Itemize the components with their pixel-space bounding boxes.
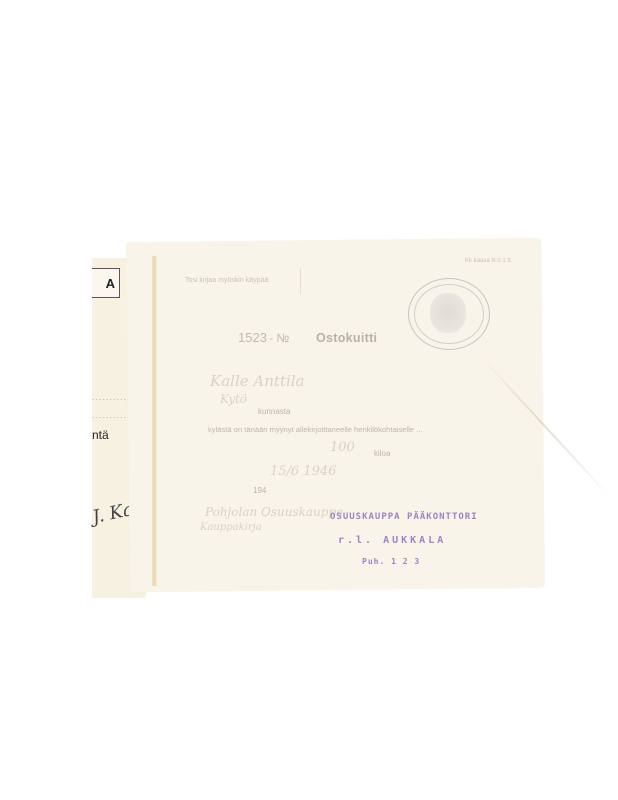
form-code: Kk kaava N:o 1 tt.: [465, 258, 512, 264]
stub-label-box: A: [92, 268, 120, 298]
footer-handwriting: Pohjolan Osuuskauppa: [205, 505, 343, 519]
stamp-line: Puh. 1 2 3: [362, 557, 420, 566]
receipt-title: Ostokuitti: [316, 331, 377, 345]
seal-emblem-icon: [430, 293, 466, 333]
handwritten-name: Kalle Anttila: [210, 372, 304, 390]
receipt-number: 1523: [238, 330, 267, 345]
header-divider: [300, 268, 301, 294]
body-line: kylästä on tänään myynyt allekirjoittane…: [208, 425, 422, 434]
stamp-line: OSUUSKAUPPA PÄÄKONTTORI: [330, 512, 478, 522]
number-sign: - №: [269, 331, 289, 345]
stub-box-letter: A: [106, 276, 115, 291]
village-label: kunnasta: [258, 407, 290, 416]
stub-dotted-line: ..........: [92, 392, 127, 402]
stamp-line: r.l. AUKKALA: [338, 535, 446, 546]
footer-handwriting: Kauppakirja: [200, 522, 262, 533]
stub-dotted-line: ..........: [92, 410, 127, 420]
paper-fold: [479, 355, 609, 496]
stub-label-fragment: ntä: [92, 428, 109, 442]
year-prefix: 194: [253, 486, 266, 495]
handwritten-amount: 100: [330, 440, 355, 455]
unit-label: kiloa: [374, 449, 390, 458]
handwritten-date: 15/6 1946: [270, 464, 336, 479]
header-note: Tosi kirjaa myöskin käypää: [185, 277, 268, 284]
receipt-sheet: [126, 238, 545, 592]
handwritten-place: Kytö: [220, 392, 247, 406]
stub-fold-edge: [152, 256, 157, 586]
